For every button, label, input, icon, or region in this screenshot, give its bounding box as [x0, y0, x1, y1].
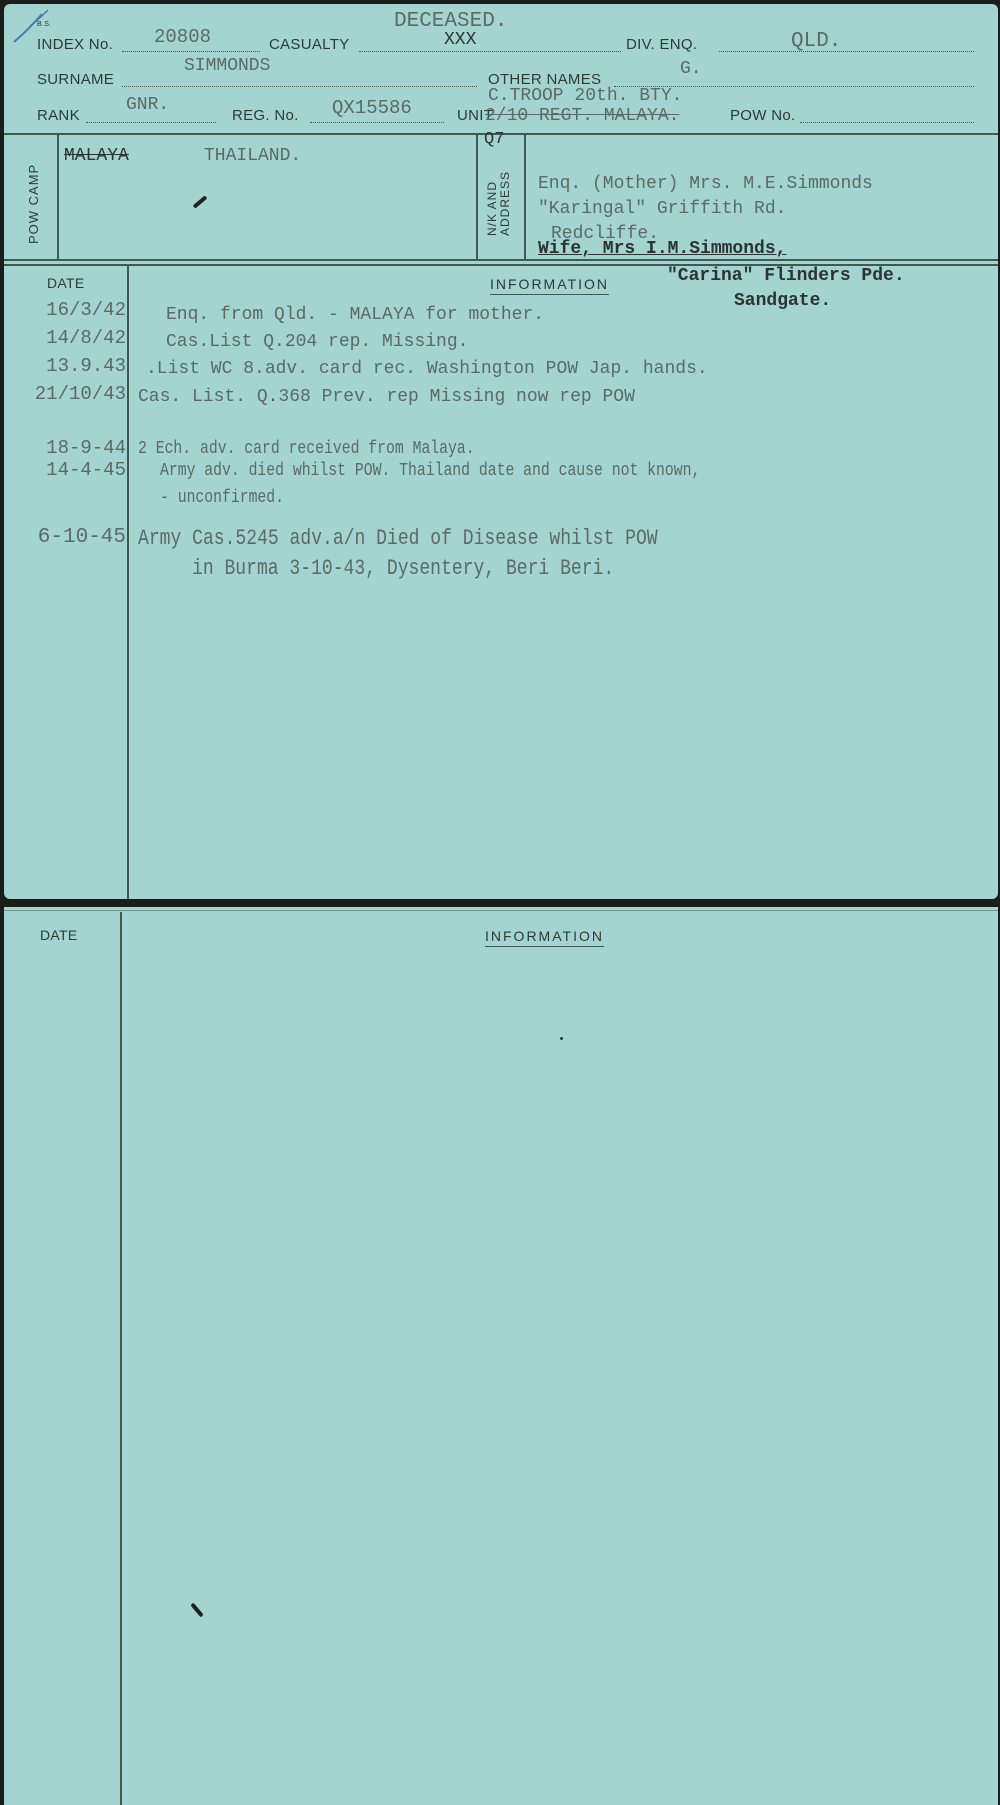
entry-text-continued: - unconfirmed.	[160, 488, 284, 508]
nk-code: Q7	[484, 130, 504, 149]
unit-value-line1: C.TROOP 20th. BTY.	[488, 86, 682, 106]
entry-date: 21/10/43	[0, 383, 126, 405]
other-names-value: G.	[680, 59, 702, 79]
back-date-column-divider	[120, 912, 122, 1805]
ink-mark	[193, 195, 208, 208]
pow-camp-divider	[57, 133, 59, 259]
date-header: DATE	[47, 275, 85, 291]
divider-mid-2	[4, 264, 998, 266]
index-value: 20808	[154, 26, 211, 48]
div-enq-value: QLD.	[791, 30, 841, 53]
nk-label-line2: ADDRESS	[498, 171, 512, 236]
date-column-divider	[127, 265, 129, 899]
entry-date: 13.9.43	[0, 355, 126, 377]
rank-value: GNR.	[126, 95, 169, 115]
information-header: INFORMATION	[490, 276, 609, 295]
rank-dots	[86, 122, 216, 123]
entry-text: 2 Ech. adv. card received from Malaya.	[138, 439, 475, 459]
pow-camp-label: POW CAMP	[26, 164, 41, 244]
unit-value-line2: 2/10 REGT. MALAYA.	[485, 106, 679, 126]
surname-value: SIMMONDS	[184, 56, 270, 76]
surname-dots	[122, 86, 477, 87]
nk-label-line1: N/K AND	[485, 181, 499, 236]
reg-no-dots	[310, 122, 444, 123]
index-dots	[122, 51, 260, 52]
entry-text: Army Cas.5245 adv.a/n Died of Disease wh…	[138, 526, 658, 551]
entry-text: Army adv. died whilst POW. Thailand date…	[160, 461, 700, 481]
casualty-struck-value: XXX	[444, 30, 476, 50]
wife-line-1: Wife, Mrs I.M.Simmonds,	[538, 239, 786, 259]
surname-label: SURNAME	[37, 71, 114, 88]
pow-no-label: POW No.	[730, 107, 795, 124]
back-date-header: DATE	[40, 927, 78, 943]
corner-code: B.S.	[37, 21, 51, 28]
entry-text: Cas. List. Q.368 Prev. rep Missing now r…	[138, 387, 635, 407]
div-enq-label: DIV. ENQ.	[626, 36, 697, 53]
casualty-dots	[359, 51, 621, 52]
nk-divider-left	[476, 133, 478, 259]
entry-date: 16/3/42	[0, 299, 126, 321]
pow-no-dots	[800, 122, 974, 123]
entry-text: .List WC 8.adv. card rec. Washington POW…	[146, 359, 708, 379]
nk-address-line-1: Enq. (Mother) Mrs. M.E.Simmonds	[538, 174, 873, 194]
reg-no-value: QX15586	[332, 97, 412, 119]
pow-camp-value: THAILAND.	[204, 146, 301, 166]
entry-date: 14-4-45	[0, 459, 126, 481]
record-card-front: B.S. INDEX No. 20808 CASUALTY DECEASED. …	[4, 4, 998, 899]
nk-address-line-2: "Karingal" Griffith Rd.	[538, 199, 786, 219]
wife-line-2: "Carina" Flinders Pde.	[667, 266, 905, 286]
entry-text: Cas.List Q.204 rep. Missing.	[166, 332, 468, 352]
entry-date: 14/8/42	[0, 327, 126, 349]
reg-no-label: REG. No.	[232, 107, 299, 124]
back-top-edge	[4, 910, 998, 911]
ink-mark	[190, 1603, 203, 1618]
entry-text: Enq. from Qld. - MALAYA for mother.	[166, 305, 544, 325]
record-card-back: DATE INFORMATION	[4, 907, 998, 1805]
pow-camp-struck-value: MALAYA	[64, 146, 129, 166]
rank-label: RANK	[37, 107, 80, 124]
divider-mid-1	[4, 259, 998, 261]
index-label: INDEX No.	[37, 36, 113, 53]
div-enq-dots	[719, 51, 974, 52]
entry-text-continued: in Burma 3-10-43, Dysentery, Beri Beri.	[192, 556, 614, 581]
entry-date: 6-10-45	[0, 526, 126, 549]
nk-divider-right	[524, 133, 526, 259]
casualty-label: CASUALTY	[269, 36, 349, 53]
back-information-header: INFORMATION	[485, 928, 604, 947]
entry-date: 18-9-44	[0, 437, 126, 459]
wife-line-3: Sandgate.	[734, 291, 831, 311]
ink-dot	[560, 1037, 563, 1040]
